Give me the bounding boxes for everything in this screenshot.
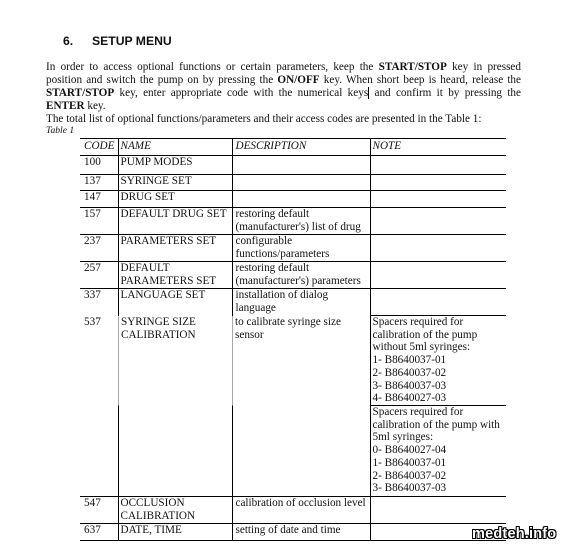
cell-note [370, 175, 506, 191]
table-row: 100 PUMP MODES [80, 156, 506, 175]
watermark-logo: medteh.info [472, 526, 556, 542]
intro-text: key. When short beep is heard, release t… [320, 74, 521, 86]
cell-note [370, 262, 506, 289]
intro-text: and confirm it by pressing the [369, 87, 521, 99]
section-number: 6. [63, 34, 73, 49]
document-page: 6. SETUP MENU In order to access optiona… [0, 0, 561, 546]
cell-description: restoring default (manufacturer's) list … [232, 208, 370, 235]
cell-name: SYRINGE SIZE CALIBRATION [118, 316, 232, 497]
intro-line-3: START/STOP key, enter appropriate code w… [46, 87, 521, 100]
cell-note [370, 156, 506, 175]
cell-code: 547 [80, 497, 118, 524]
intro-line-1: In order to access optional functions or… [46, 61, 521, 74]
header-note: NOTE [370, 139, 506, 156]
setup-codes-table: CODE NAME DESCRIPTION NOTE 100 PUMP MODE… [80, 138, 506, 541]
cell-note [370, 208, 506, 235]
cell-name: PARAMETERS SET [118, 235, 232, 262]
intro-line-2: position and switch the pump on by press… [46, 74, 521, 87]
cell-description [232, 191, 370, 208]
cell-name: DEFAULT PARAMETERS SET [118, 262, 232, 289]
key-name-start-stop: START/STOP [379, 61, 447, 73]
cell-code: 637 [80, 524, 118, 541]
intro-line-5: The total list of optional functions/par… [46, 113, 521, 126]
table-header-row: CODE NAME DESCRIPTION NOTE [80, 139, 506, 156]
cell-description: configurable functions/parameters [232, 235, 370, 262]
table-row: 147 DRUG SET [80, 191, 506, 208]
cell-description: installation of dialog language [232, 289, 370, 316]
cell-code: 137 [80, 175, 118, 191]
table-row: 157 DEFAULT DRUG SET restoring default (… [80, 208, 506, 235]
cell-code: 157 [80, 208, 118, 235]
cell-description [232, 156, 370, 175]
section-title: SETUP MENU [92, 34, 172, 49]
cell-note [370, 191, 506, 208]
table-row: 537 SYRINGE SIZE CALIBRATION to calibrat… [80, 316, 506, 406]
cell-description: setting of date and time [232, 524, 370, 541]
cell-code: 100 [80, 156, 118, 175]
cell-description [232, 175, 370, 191]
cell-name: DATE, TIME [118, 524, 232, 541]
cell-name: PUMP MODES [118, 156, 232, 175]
intro-text: In order to access optional functions or… [46, 61, 379, 73]
table-row: 547 OCCLUSION CALIBRATION calibration of… [80, 497, 506, 524]
cell-note-spacers-without-5ml: Spacers required for calibration of the … [370, 316, 506, 406]
table-caption: Table 1 [46, 125, 74, 136]
cell-code: 237 [80, 235, 118, 262]
header-code: CODE [80, 139, 118, 156]
cell-note [370, 235, 506, 262]
table-row: 137 SYRINGE SET [80, 175, 506, 191]
cell-note [370, 289, 506, 316]
cell-name: DRUG SET [118, 191, 232, 208]
cell-note-spacers-with-5ml: Spacers required for calibration of the … [370, 406, 506, 497]
intro-text: position and switch the pump on by press… [46, 74, 277, 86]
cell-code: 337 [80, 289, 118, 316]
cell-name: SYRINGE SET [118, 175, 232, 191]
intro-text: key. [85, 100, 106, 112]
header-name: NAME [118, 139, 232, 156]
cell-code: 257 [80, 262, 118, 289]
key-name-enter: ENTER [46, 100, 85, 112]
cell-name: LANGUAGE SET [118, 289, 232, 316]
key-name-on-off: ON/OFF [277, 74, 319, 86]
intro-text: key, enter appropriate code with the num… [114, 87, 368, 99]
cell-code: 537 [80, 316, 118, 497]
cell-name: DEFAULT DRUG SET [118, 208, 232, 235]
cell-description: restoring default (manufacturer's) param… [232, 262, 370, 289]
key-name-start-stop: START/STOP [46, 87, 114, 99]
header-description: DESCRIPTION [232, 139, 370, 156]
cell-description: to calibrate syringe size sensor [232, 316, 370, 497]
cell-description: calibration of occlusion level [232, 497, 370, 524]
cell-note [370, 497, 506, 524]
intro-text: key in pressed [447, 61, 521, 73]
cell-code: 147 [80, 191, 118, 208]
table-row: 337 LANGUAGE SET installation of dialog … [80, 289, 506, 316]
table-row: 637 DATE, TIME setting of date and time [80, 524, 506, 541]
table-row: 237 PARAMETERS SET configurable function… [80, 235, 506, 262]
table-row: 257 DEFAULT PARAMETERS SET restoring def… [80, 262, 506, 289]
cell-name: OCCLUSION CALIBRATION [118, 497, 232, 524]
intro-paragraph: In order to access optional functions or… [46, 61, 521, 126]
intro-line-4: ENTER key. [46, 100, 521, 113]
